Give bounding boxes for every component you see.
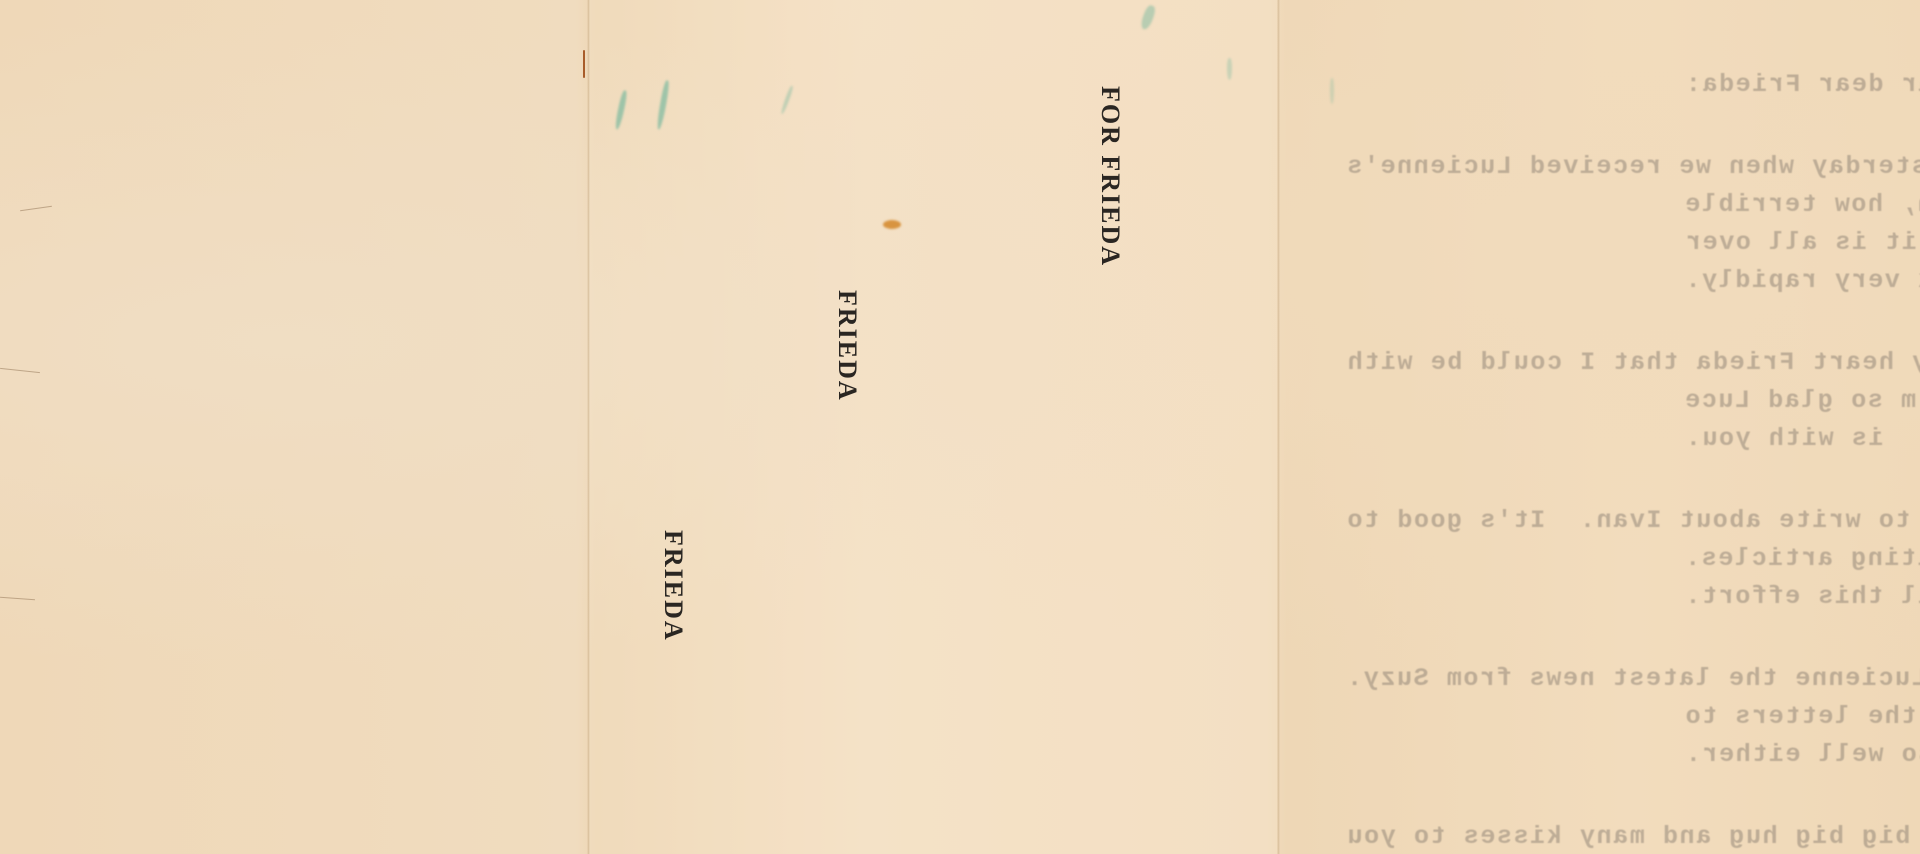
green-ink-stain [1330,78,1334,104]
letter-line: Something must come out of all this effo… [1684,582,1920,612]
center-fold-panel [589,0,1277,854]
letter-line: We were so shocked yesterday when we rec… [1346,152,1920,182]
salutation: Dear dear Frieda: [1684,70,1920,100]
letter-line: you and do something for you - but what … [1684,386,1920,416]
letter-line: You will hear from Lucienne the latest n… [1346,664,1920,694]
orange-spot [883,220,901,229]
letter-line: She has been writing so faithfully and I… [1684,702,1920,732]
letter-line: now and that you will get your strength … [1684,266,1920,296]
fold-crease-left [587,0,590,854]
letter-line: Detroit. Suzy hasn't been so well either… [1684,740,1920,770]
green-ink-stain [1227,58,1232,80]
letter-line: I haven't any news to write about Ivan. … [1346,506,1920,536]
letter-line: letter telling us that you were in the h… [1684,190,1920,220]
letter-line: have him home. He keeps busy seeing peop… [1684,544,1920,574]
stamp-for-frieda: FOR FRIEDA [1097,86,1123,267]
stamp-frieda: FRIEDA [660,530,686,642]
rust-mark [583,50,585,78]
letter-line: that you have been so sick and had all t… [1684,228,1920,258]
stamp-frieda: FRIEDA [834,290,860,402]
letter-line: Ivan joins me in a big big hug and many … [1346,822,1920,852]
fold-crease-right [1277,0,1280,854]
letter-line: is with you. [1684,424,1883,454]
letter-line: I wish so with all my heart Frieda that … [1346,348,1920,378]
